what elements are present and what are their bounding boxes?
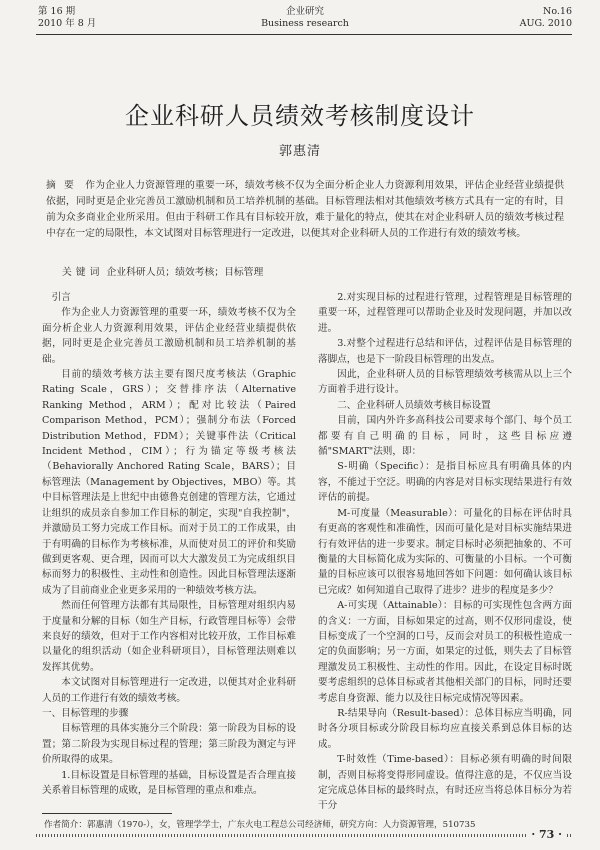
abstract-text: 作为企业人力资源管理的重要一环，绩效考核不仅为全面分析企业人力资源利用效果，评估… bbox=[46, 180, 564, 239]
article-title: 企业科研人员绩效考核制度设计 bbox=[0, 96, 600, 131]
article-author: 郭惠清 bbox=[0, 140, 600, 159]
paragraph: 1.目标设置是目标管理的基础，目标设置是否合理直接关系着目标管理的成败，是目标管… bbox=[42, 768, 296, 799]
keywords-text: 企业科研人员；绩效考核；目标管理 bbox=[107, 267, 264, 278]
paragraph: T-时效性（Time-based）：目标必须有明确的时间限制，否则目标将变得形同… bbox=[318, 752, 572, 814]
paragraph: 目前的绩效考核方法主要有图尺度考核法（Graphic Rating Scale，… bbox=[42, 367, 296, 598]
footer-rule bbox=[36, 834, 572, 837]
author-footnote: 作者简介：郭惠清（1970-），女，管理学学士，广东火电工程总公司经济师，研究方… bbox=[44, 818, 570, 830]
paragraph: S-明确（Specific）：是指目标应具有明确具体的内容，不能过于空泛。明确的… bbox=[318, 459, 572, 505]
header-issue-en: No.16 AUG. 2010 bbox=[520, 6, 572, 30]
paragraph: 目前，国内外许多高科技公司要求每个部门、每个员工都要有自己明确的目标，同时，这些… bbox=[318, 413, 572, 459]
paragraph: R-结果导向（Result-based）：总体目标应当明确，同时各分项目标或分阶… bbox=[318, 706, 572, 752]
paragraph: 然而任何管理方法都有其局限性，目标管理对组织内易于度量和分解的目标（如生产目标，… bbox=[42, 598, 296, 675]
abstract-label: 摘要 bbox=[46, 180, 82, 191]
paragraph: A-可实现（Attainable）：目标的可实现性包含两方面的含义：一方面，目标… bbox=[318, 598, 572, 706]
paragraph: 本文试图对目标管理进行一定改进，以便其对企业科研人员的工作进行有效的绩效考核。 bbox=[42, 675, 296, 706]
header-divider bbox=[36, 34, 572, 35]
keywords-label: 关键词 bbox=[62, 267, 103, 278]
paragraph: 作为企业人力资源管理的重要一环，绩效考核不仅为全面分析企业人力资源利用效果，评估… bbox=[42, 305, 296, 367]
paragraph: 目标管理的具体实施分三个阶段：第一阶段为目标的设置；第二阶段为实现目标过程的管理… bbox=[42, 721, 296, 767]
paragraph: 2.对实现目标的过程进行管理，过程管理是目标管理的重要一环，过程管理可以帮助企业… bbox=[318, 290, 572, 336]
section-heading: 引言 bbox=[42, 290, 296, 305]
section-heading: 一、目标管理的步骤 bbox=[42, 706, 296, 721]
right-column: 2.对实现目标的过程进行管理，过程管理是目标管理的重要一环，过程管理可以帮助企业… bbox=[318, 290, 572, 814]
paragraph: M-可度量（Measurable）：可量化的目标在评估时具有更高的客观性和准确性… bbox=[318, 506, 572, 598]
keywords: 关键词 企业科研人员；绩效考核；目标管理 bbox=[62, 264, 263, 278]
abstract: 摘要 作为企业人力资源管理的重要一环，绩效考核不仅为全面分析企业人力资源利用效果… bbox=[46, 178, 564, 242]
left-column: 引言 作为企业人力资源管理的重要一环，绩效考核不仅为全面分析企业人力资源利用效果… bbox=[42, 290, 296, 798]
paragraph: 3.对整个过程进行总结和评估，过程评估是目标管理的落脚点，也是下一阶段目标管理的… bbox=[318, 336, 572, 367]
footnote-divider bbox=[42, 813, 172, 814]
page-number: · 73 · bbox=[527, 828, 566, 841]
header-journal: 企业研究 Business research bbox=[38, 6, 572, 30]
section-heading: 二、企业科研人员绩效考核目标设置 bbox=[318, 398, 572, 413]
paragraph: 因此，企业科研人员的目标管理绩效考核需从以上三个方面着手进行设计。 bbox=[318, 367, 572, 398]
